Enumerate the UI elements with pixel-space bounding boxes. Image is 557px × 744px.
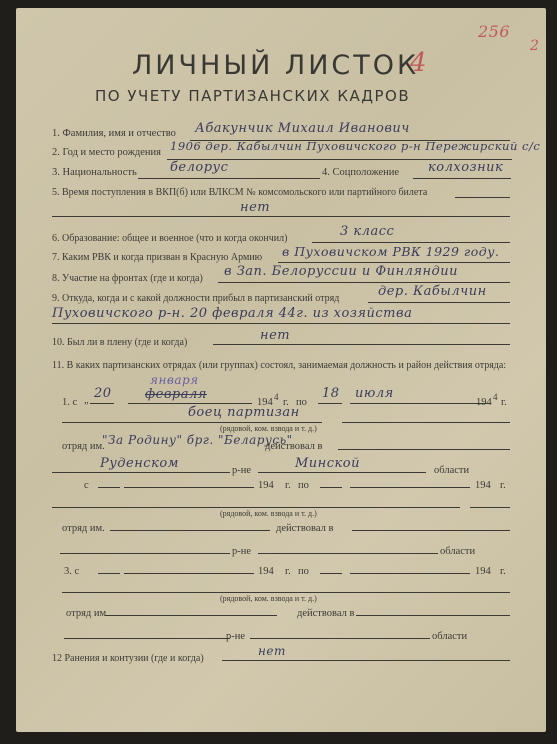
field-8-label: 8. Участие на фронтах (где и когда) (52, 273, 203, 284)
d1-num: 1. с (62, 397, 77, 408)
sheet-mark: 4 (410, 48, 427, 78)
d2-acted-label: действовал в (276, 523, 333, 534)
d1-from-day-line (90, 403, 114, 404)
field-8-line (218, 282, 510, 283)
field-9-label: 9. Откуда, когда и с какой должности при… (52, 293, 339, 304)
d1-from-day[interactable]: 20 (94, 386, 112, 401)
corner-mark: 2 (530, 38, 539, 54)
field-8-value[interactable]: в Зап. Белоруссии и Финляндии (224, 264, 458, 279)
field-7-line (278, 262, 510, 263)
d2-from-month-line (124, 487, 254, 488)
d3-po: по (298, 566, 309, 577)
d1-from-year-digit: 4 (274, 392, 279, 402)
d1-region-line (258, 472, 426, 473)
field-10-line (213, 344, 510, 345)
field-11-label: 11. В каких партизанских отрядах (или гр… (52, 358, 512, 374)
d2-to-year: 194 (475, 480, 491, 491)
page-title: ЛИЧНЫЙ ЛИСТОК (132, 50, 419, 81)
d1-to-year: 194 (476, 397, 492, 408)
d3-acted-label: действовал в (297, 608, 354, 619)
field-7-value[interactable]: в Пуховичском РВК 1929 году. (282, 244, 499, 259)
d1-to-day-line (318, 403, 342, 404)
d2-position-line-b (470, 507, 510, 508)
d3-detachment-label: отряд им (66, 608, 106, 619)
field-4-line (413, 178, 511, 179)
page-subtitle: ПО УЧЕТУ ПАРТИЗАНСКИХ КАДРОВ (95, 87, 410, 105)
field-9-value-line1[interactable]: дер. Кабылчин (378, 284, 487, 299)
field-5-line-a (455, 197, 510, 198)
field-9-value-line2[interactable]: Пуховичского р-н. 20 февраля 44г. из хоз… (52, 306, 412, 321)
d3-district-line (64, 638, 230, 639)
d3-num: 3. с (64, 566, 79, 577)
field-5-line-b (52, 216, 510, 217)
d1-to-day[interactable]: 18 (322, 386, 340, 401)
d1-to-month[interactable]: июля (355, 386, 394, 401)
d1-region[interactable]: Минской (295, 456, 360, 471)
d3-to-month-line (350, 573, 470, 574)
d2-from-year: 194 (258, 480, 274, 491)
d3-position-line (62, 592, 510, 593)
d1-detachment-label: отряд им. (62, 441, 105, 452)
d3-to-day-line (320, 573, 342, 574)
field-3-value[interactable]: белорус (170, 160, 228, 175)
field-9-line-a (368, 302, 510, 303)
d1-to-year-digit: 4 (493, 392, 498, 402)
d3-detachment-line (105, 615, 277, 616)
d3-region-suffix: области (432, 631, 467, 642)
d2-from-day-line (98, 487, 120, 488)
d2-region-suffix: области (440, 546, 475, 557)
d3-to-year: 194 (475, 566, 491, 577)
d1-acted-line (338, 449, 510, 450)
field-2-value[interactable]: 1906 дер. Кабылчин Пуховичского р-н Пере… (170, 139, 540, 153)
d3-from-day-line (98, 573, 120, 574)
d2-district-line (60, 553, 230, 554)
d2-district-suffix: р-не (232, 546, 251, 557)
d3-district-suffix: р-не (226, 631, 245, 642)
field-5-value[interactable]: нет (240, 200, 270, 215)
field-7-label: 7. Каким РВК и когда призван в Красную А… (52, 252, 262, 263)
d1-month-correction: января (150, 373, 199, 387)
d1-position[interactable]: боец партизан (188, 405, 300, 420)
field-2-label: 2. Год и место рождения (52, 147, 161, 158)
d1-g2: г. (501, 397, 507, 408)
field-5-label: 5. Время поступления в ВКП(б) или ВЛКСМ … (52, 187, 427, 198)
field-10-label: 10. Был ли в плену (где и когда) (52, 337, 187, 348)
d1-from-month-line (128, 403, 252, 404)
d2-detachment-label: отряд им. (62, 523, 105, 534)
d3-from-year: 194 (258, 566, 274, 577)
field-6-value[interactable]: 3 класс (340, 224, 394, 239)
d3-g1: г. (285, 566, 291, 577)
d1-q1: „ (84, 395, 89, 406)
d2-to-day-line (320, 487, 342, 488)
d2-po: по (298, 480, 309, 491)
field-6-label: 6. Образование: общее и военное (что и к… (52, 233, 287, 244)
field-3-label: 3. Национальность (52, 167, 137, 178)
d2-to-month-line (350, 487, 470, 488)
d2-acted-line (352, 530, 510, 531)
field-1-label: 1. Фамилия, имя и отчество (52, 128, 176, 139)
field-4-value[interactable]: колхозник (428, 160, 503, 175)
field-6-line (312, 242, 510, 243)
field-10-value[interactable]: нет (260, 328, 290, 343)
d1-position-line-b (342, 422, 510, 423)
d1-region-suffix: области (434, 465, 469, 476)
d3-g2: г. (500, 566, 506, 577)
archive-number: 256 (478, 22, 510, 41)
d2-position-hint: (рядовой, ком. взвода и т. д.) (220, 509, 317, 518)
d3-acted-line (356, 615, 510, 616)
d2-position-line-a (52, 507, 460, 508)
d1-position-hint: (рядовой, ком. взвода и т. д.) (220, 424, 317, 433)
d2-num: с (84, 480, 89, 491)
d1-acted-label: действовал в (265, 441, 322, 452)
d1-district[interactable]: Руденском (100, 456, 179, 471)
d2-region-line (258, 553, 438, 554)
d1-from-month-struck[interactable]: февраля (145, 387, 207, 402)
d1-position-line-a (62, 422, 322, 423)
d1-to-month-line (350, 403, 490, 404)
d2-g1: г. (285, 480, 291, 491)
d1-district-suffix: р-не (232, 465, 251, 476)
field-12-line (222, 660, 510, 661)
field-12-label: 12 Ранения и контузии (где и когда) (52, 653, 204, 664)
d3-region-line (250, 638, 430, 639)
d3-from-month-line (124, 573, 254, 574)
field-9-line-b (52, 323, 510, 324)
field-12-value[interactable]: нет (258, 644, 286, 658)
d2-g2: г. (500, 480, 506, 491)
d3-position-hint: (рядовой, ком. взвода и т. д.) (220, 594, 317, 603)
d2-detachment-line (110, 530, 270, 531)
d1-district-line (52, 472, 230, 473)
field-1-value[interactable]: Абакунчик Михаил Иванович (195, 121, 410, 136)
field-4-label: 4. Соцположение (322, 167, 399, 178)
field-3-line (138, 178, 320, 179)
